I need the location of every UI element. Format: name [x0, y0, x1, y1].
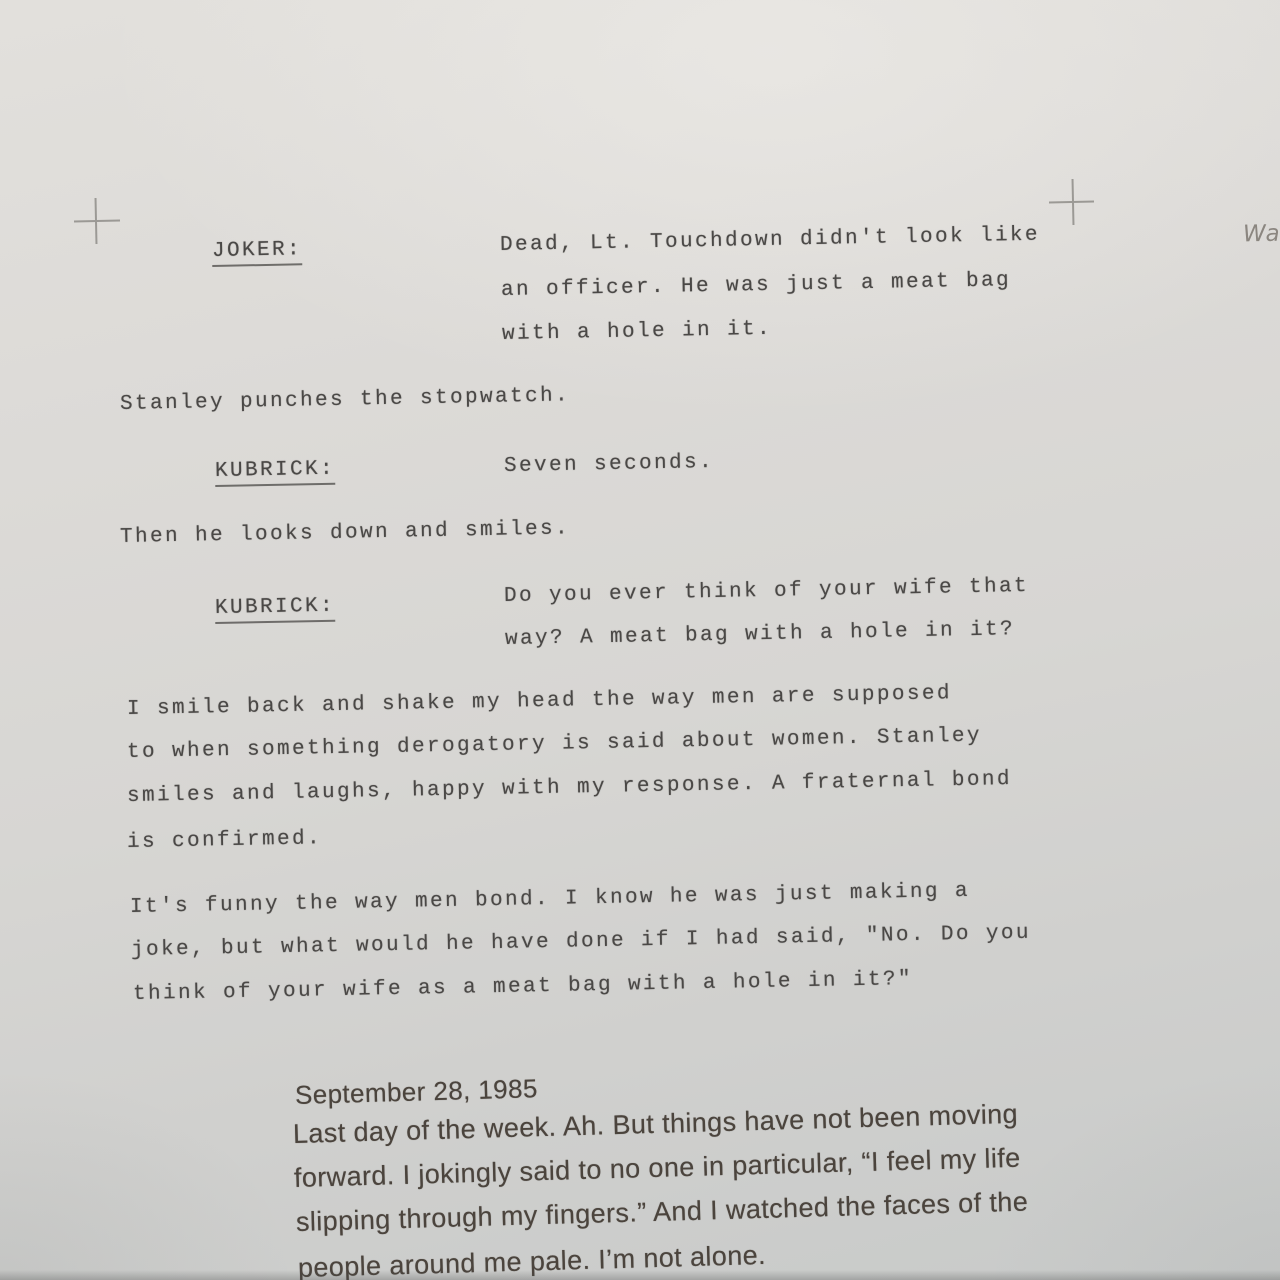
speaker-name: KUBRICK:	[215, 595, 336, 624]
diary-line: forward. I jokingly said to no one in pa…	[294, 1143, 1021, 1194]
action-line: Stanley punches the stopwatch.	[120, 384, 570, 416]
narration-line: It's funny the way men bond. I know he w…	[130, 880, 970, 919]
speaker-name: KUBRICK:	[215, 458, 336, 487]
diary-line: slipping through my fingers.” And I watc…	[296, 1187, 1029, 1238]
speaker-name: JOKER:	[212, 238, 303, 267]
dialogue-line: with a hole in it.	[502, 318, 772, 346]
dialogue-line: Do you ever think of your wife that	[504, 575, 1029, 608]
narration-line: I smile back and shake my head the way m…	[127, 682, 952, 721]
action-line: Then he looks down and smiles.	[120, 517, 570, 549]
narration-line: to when something derogatory is said abo…	[127, 725, 982, 764]
narration-line: smiles and laughs, happy with my respons…	[127, 768, 1012, 808]
cross-left-horizontal	[74, 220, 120, 222]
diary-date: September 28, 1985	[295, 1073, 539, 1111]
dialogue-line: way? A meat bag with a hole in it?	[505, 618, 1015, 651]
narration-line: think of your wife as a meat bag with a …	[133, 968, 913, 1006]
dialogue-line: Seven seconds.	[504, 451, 714, 478]
narration-line: joke, but what would he have done if I h…	[131, 922, 1031, 962]
script-page-photo: Wai JOKER: Dead, Lt. Touchdown didn't lo…	[0, 0, 1280, 1280]
clipped-margin-text: Wai	[1243, 221, 1280, 248]
dialogue-line: Dead, Lt. Touchdown didn't look like	[500, 224, 1040, 257]
dialogue-line: an officer. He was just a meat bag	[501, 269, 1011, 302]
photo-bottom-edge	[0, 1270, 1280, 1280]
speaker-label-joker: JOKER:	[212, 238, 302, 263]
speaker-label-kubrick-2: KUBRICK:	[215, 595, 335, 620]
narration-line: is confirmed.	[127, 827, 322, 854]
speaker-label-kubrick-1: KUBRICK:	[215, 458, 335, 483]
